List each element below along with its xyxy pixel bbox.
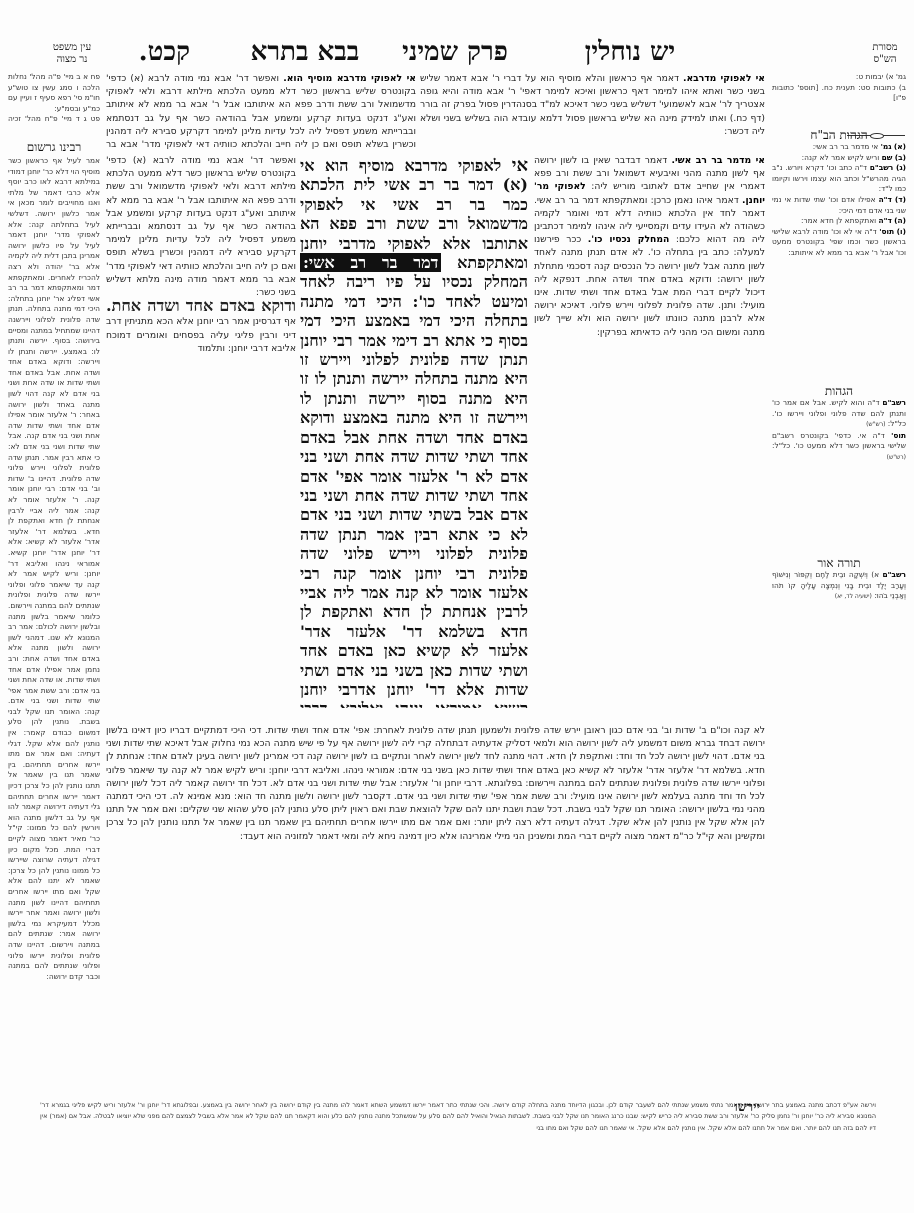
chapter-number: פרק שמיני [380, 38, 530, 66]
rashi-text-4: ככר פירשנו למעלה: כתב בין בתחלה כו'. לא … [534, 234, 765, 337]
hagahot-entry: רשב"ם ד"ה והוא לקיש. אבל אם אמר כו' ותנת… [772, 398, 906, 431]
hagahot-habach-column: (א) גמ' אי מדמר בר רב אשי: (ב) שם וריש ל… [772, 142, 906, 364]
hagahot-habach-entry: (ב) שם וריש לקיש אמר לא קנה: [772, 153, 906, 164]
tosafot-dibur-hamatchil-2: ודוקא באדם אחד ושדה אחת. [106, 296, 296, 315]
torah-or-title: תורה אור [772, 556, 906, 571]
ein-mishpat-title: עין משפט [52, 42, 92, 54]
ein-mishpat-header: עין משפט נר מצוה [52, 42, 92, 66]
ein-mishpat-entry: פט ג ד מיי' פ"ח מהל' זכיה ומתנה הל' כג ו… [8, 114, 100, 124]
tosafot-column-top: אי לאפוקי מדרבא מוסיף הוא. ואפשר דר' אבא… [106, 72, 416, 152]
gemara-text: אי לאפוקי מדרבא מוסיף הוא אי (א) דמר בר … [300, 156, 528, 708]
gemara-highlighted-phrase: דמר בר רב אשי: [300, 253, 441, 272]
hagahot-column: רשב"ם ד"ה והוא לקיש. אבל אם אמר כו' ותנת… [772, 398, 906, 538]
rashi-column-top: אי לאפוקי מדרבא. דאמר אף כראשון והלא מוס… [420, 72, 765, 152]
mesoret-entry: ב) כתובות סט: תענית כח. [תוספ' כתובות פ"… [772, 83, 906, 104]
mesoret-hashas-header: מסורת הש"ס [865, 42, 905, 66]
rabbenu-gershom-column: אמר לעיל אף כראשון כשר מוסיף הוי דלא כר'… [8, 156, 100, 1128]
lower-commentary: לא קנה וכו"ם ב' שדות וב' בני אדם כגון רא… [106, 724, 765, 1094]
page-footer-text: וירשה אע"פ דכתב מתנה באמצע בתר ירושה כיו… [40, 1100, 876, 1148]
tractate-name: בבא בתרא [240, 38, 370, 66]
rashi-dibur-hamatchil: אי לאפוקי מדרבא. [683, 73, 765, 84]
rashi-dibur-hamatchil-2: אי מדמר בר רב אשי. [671, 155, 765, 166]
hagahot-title: הגהות [772, 384, 906, 399]
tosafot-column-side: ואפשר דר' אבא נמי מודה לרבא (א) כדפי' בק… [106, 154, 296, 714]
tosafot-dibur-hamatchil: אי לאפוקי מדרבא מוסיף הוא. [283, 73, 416, 84]
footer-text: וירשה אע"פ דכתב מתנה באמצע בתר ירושה כיו… [40, 1101, 876, 1132]
hagahot-habach-entry: (ד) ד"ה אפילו אדם וכו' שתי שדות אי נמי ש… [772, 195, 906, 216]
hashas-title: הש"ס [865, 54, 905, 66]
ner-mitzvah-title: נר מצוה [52, 54, 92, 66]
rabbenu-gershom-text: אמר לעיל אף כראשון כשר מוסיף הוי דלא כר'… [8, 156, 100, 982]
rashi-column-side: אי מדמר בר רב אשי. דאמר דבדבר שאין בו לש… [534, 154, 765, 714]
hagahot-habach-entry: (ה) ד"ה ואתקפתא לן חדא אמר: [772, 216, 906, 227]
mesoret-entry: גמ' א) יבמות ט: [772, 72, 906, 83]
mesoret-title: מסורת [865, 42, 905, 54]
rashi-dibur-hamatchil-4: המחלק נכסיו כו'. [588, 234, 670, 245]
hagahot-habach-entry: (ג) רשב"ם ד"ה כתב וכו' דקרא ויורש. נ"ב ה… [772, 163, 906, 195]
mesoret-hashas-column: גמ' א) יבמות ט: ב) כתובות סט: תענית כח. … [772, 72, 906, 108]
tosafot-continuation: ואפשר דר' אבא נמי מודה לרבא (א) כדפי' בק… [106, 155, 296, 298]
folio-number: קכט. [120, 38, 190, 66]
gemara-opening-word: אי [512, 156, 528, 176]
ein-mishpat-entry: פח א ב מיי' פ"ה מהל' נחלות הלכה ו סמג עש… [8, 72, 100, 114]
tosafot-text-2: אף דגרסינן אמר רבי יוחנן אלא הכא מתניתין… [106, 316, 296, 353]
hagahot-habach-title: הגהות הב"ח [772, 128, 906, 143]
hagahot-habach-entry: (א) גמ' אי מדמר בר רב אשי: [772, 142, 906, 153]
rabbenu-gershom-title: רבינו גרשום [8, 140, 100, 155]
ein-mishpat-column: פח א ב מיי' פ"ה מהל' נחלות הלכה ו סמג עש… [8, 72, 100, 124]
gemara-passage-2: המחלק נכסיו על פיו ריבה לאחד ומיעט לאחד … [300, 272, 528, 708]
torah-or-entry: רשב"ם א) וְיִשְׁקָה וּבֵית לֶחֶם וְקִפּו… [772, 570, 906, 603]
hagahot-entry: תוס' ד"ה אי. כדפי' בקונטרס רשב"ם שלישי ב… [772, 431, 906, 464]
chapter-name: יש נוחלין [555, 38, 705, 66]
lower-commentary-text: לא קנה וכו"ם ב' שדות וב' בני אדם כגון רא… [106, 725, 765, 842]
torah-or-column: רשב"ם א) וְיִשְׁקָה וּבֵית לֶחֶם וְקִפּו… [772, 570, 906, 640]
hagahot-habach-entry: (ו) תוס' ד"ה אי לא וכו' מודה לרבא שלישי … [772, 227, 906, 259]
tosafot-text: ואפשר דר' אבא נמי מודה לרבא (א) כדפי' בק… [106, 73, 416, 152]
